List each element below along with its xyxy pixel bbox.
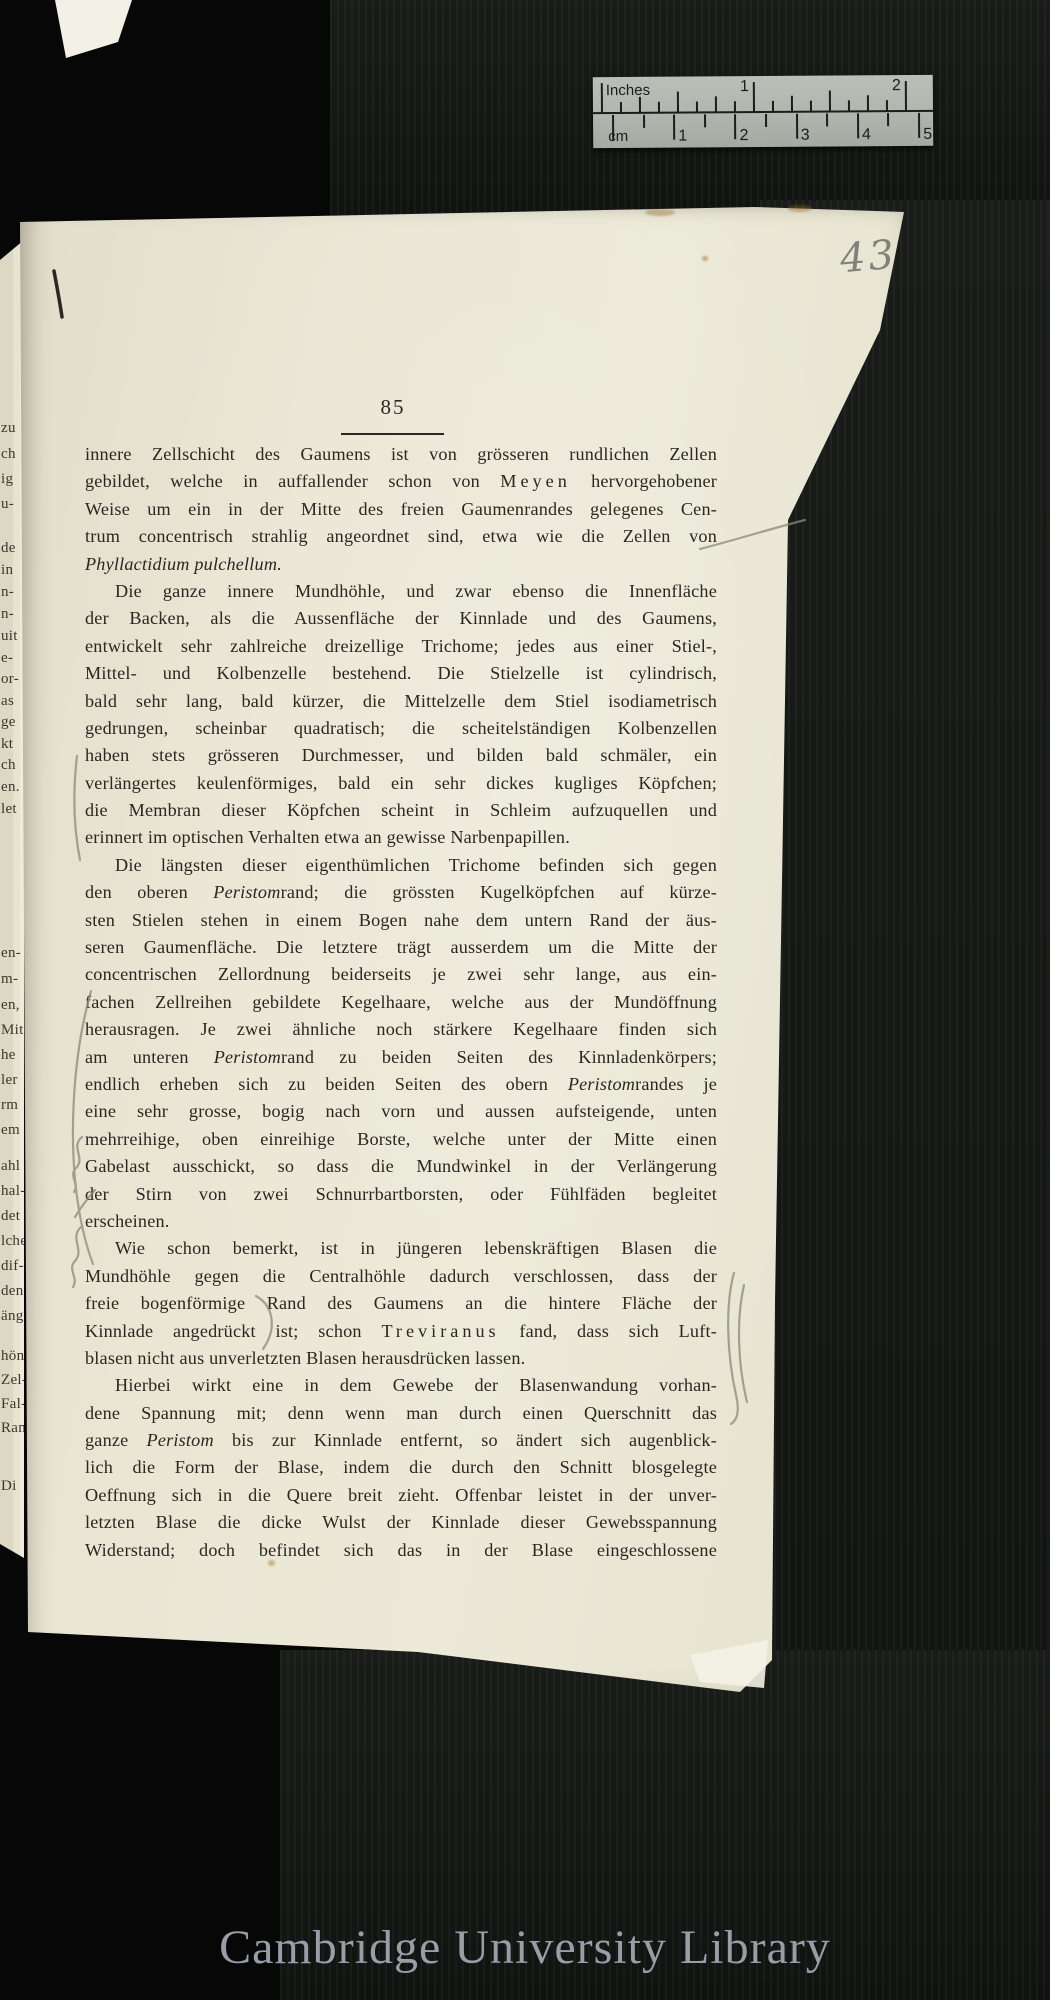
pencil-dash-mark — [700, 520, 805, 549]
pencil-right-margin-mark — [739, 1285, 747, 1402]
pen-mark — [54, 271, 62, 317]
pencil-marks-overlay — [0, 0, 1050, 2000]
scan-photo: Inches cm 1212345 zuchigu-deinn-n-uite-o… — [0, 0, 1050, 2000]
watermark: Cambridge University Library — [0, 1920, 1050, 1975]
pencil-arc-mark — [256, 1296, 272, 1349]
pencil-margin-line — [74, 756, 80, 860]
pencil-squiggle — [72, 1227, 81, 1287]
pencil-margin-curve — [73, 991, 93, 1264]
pencil-right-margin-mark — [728, 1273, 738, 1424]
